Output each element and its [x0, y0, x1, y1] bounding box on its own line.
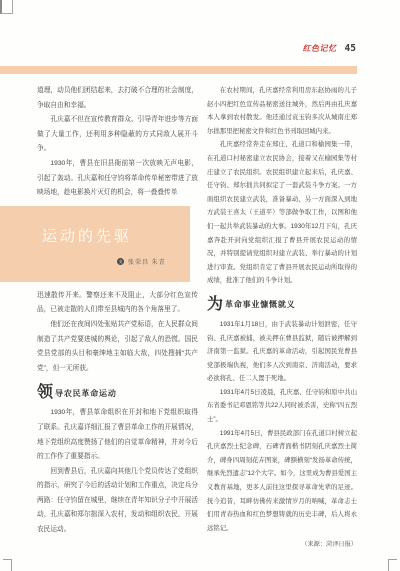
- paragraph: 1930年，曹县革命组织在开封和地下党组织取得了联系。孔庆嘉详细汇报了曹县革命工…: [37, 406, 198, 464]
- section-heading-big-char: 为: [207, 297, 223, 313]
- source-credit: （来源：菏泽日报）: [207, 538, 357, 552]
- paragraph: 在农村期间，孔庆嘉经常利用房东赵协雨的儿子赵小四把红色宣传品秘密送往城外，然后再…: [207, 84, 357, 138]
- right-column: 在农村期间，孔庆嘉经常利用房东赵协雨的儿子赵小四把红色宣传品秘密送往城外，然后再…: [207, 84, 357, 552]
- byline: 文 张荣昌 朱青: [117, 257, 166, 266]
- paragraph: 迅速散传开来。警察还来不及阻止，大部分红色宣传品，已被走散的人们带至县城内的各个…: [37, 289, 198, 318]
- section-heading-lead-peasant-movement: 领 导农民革命运动: [37, 385, 198, 401]
- article-title: 运动的先驱: [42, 225, 132, 246]
- paragraph: 孔庆嘉经常奔走在郑庄、孔道口和榆园集一带，在孔道口村秘密建立农民协会，接着又在榆…: [207, 138, 357, 288]
- crop-mark-top-left: [0, 0, 13, 14]
- section-heading-text: 导农民革命运动: [55, 388, 117, 399]
- article-title-box: 运动的先驱 文 张荣昌 朱青: [0, 206, 190, 282]
- author-names: 张荣昌 朱青: [128, 257, 166, 266]
- author-icon: 文: [117, 258, 124, 265]
- section-heading-martyrdom: 为 革命事业慷慨就义: [207, 297, 357, 313]
- paragraph: 1931年1月18日，由于武装暴动计划泄密，任守钧、孔庆嘉被捕，被关押在曹县监狱…: [207, 318, 357, 386]
- paragraph: 1991年4月5日，曹县民政部门在孔道口村树立起孔庆嘉烈士纪念碑，石碑背面楷书阴…: [207, 427, 357, 536]
- left-column: 道理，动员他们团结起来，去打破不合理的社会制度，争取自由和幸福。 孔庆嘉不但在宣…: [37, 84, 198, 538]
- magazine-section-logo: 红色记忆: [303, 43, 337, 54]
- page-number: 45: [345, 43, 356, 54]
- paragraph: 回到曹县后，孔庆嘉向其他几个党员传达了党组织的指示，研究了今后的活动计划和工作重…: [37, 465, 198, 538]
- paragraph: 道理，动员他们团结起来，去打破不合理的社会制度，争取自由和幸福。: [37, 84, 198, 113]
- section-heading-big-char: 领: [37, 385, 53, 401]
- crop-mark-bottom-right: [388, 559, 397, 571]
- paragraph: 1931年4月5日凌晨，孔庆嘉、任守钧和原中共山东省委书记邓恩铭等共22人同时被…: [207, 386, 357, 427]
- section-heading-text: 革命事业慷慨就义: [225, 299, 295, 310]
- crop-mark-bottom-left: [3, 559, 12, 571]
- page-header: 红色记忆 45: [303, 43, 356, 54]
- magazine-page: 红色记忆 45 道理，动员他们团结起来，去打破不合理的社会制度，争取自由和幸福。…: [0, 0, 400, 571]
- accent-rule: [0, 66, 357, 74]
- paragraph: 1930年，曹县在旧县衙前第一次放映无声电影，引起了轰动。孔庆嘉和任守钧将革命传…: [37, 157, 198, 201]
- paragraph: 孔庆嘉不但在宣传教育群众、引导青年进步等方面做了大量工作，还利用多种隐蔽的方式同…: [37, 113, 198, 157]
- paragraph: 他们还在夜间四处张贴共产党标语，在人民群众间制造了共产党要进城的舆论，引起了敌人…: [37, 318, 198, 376]
